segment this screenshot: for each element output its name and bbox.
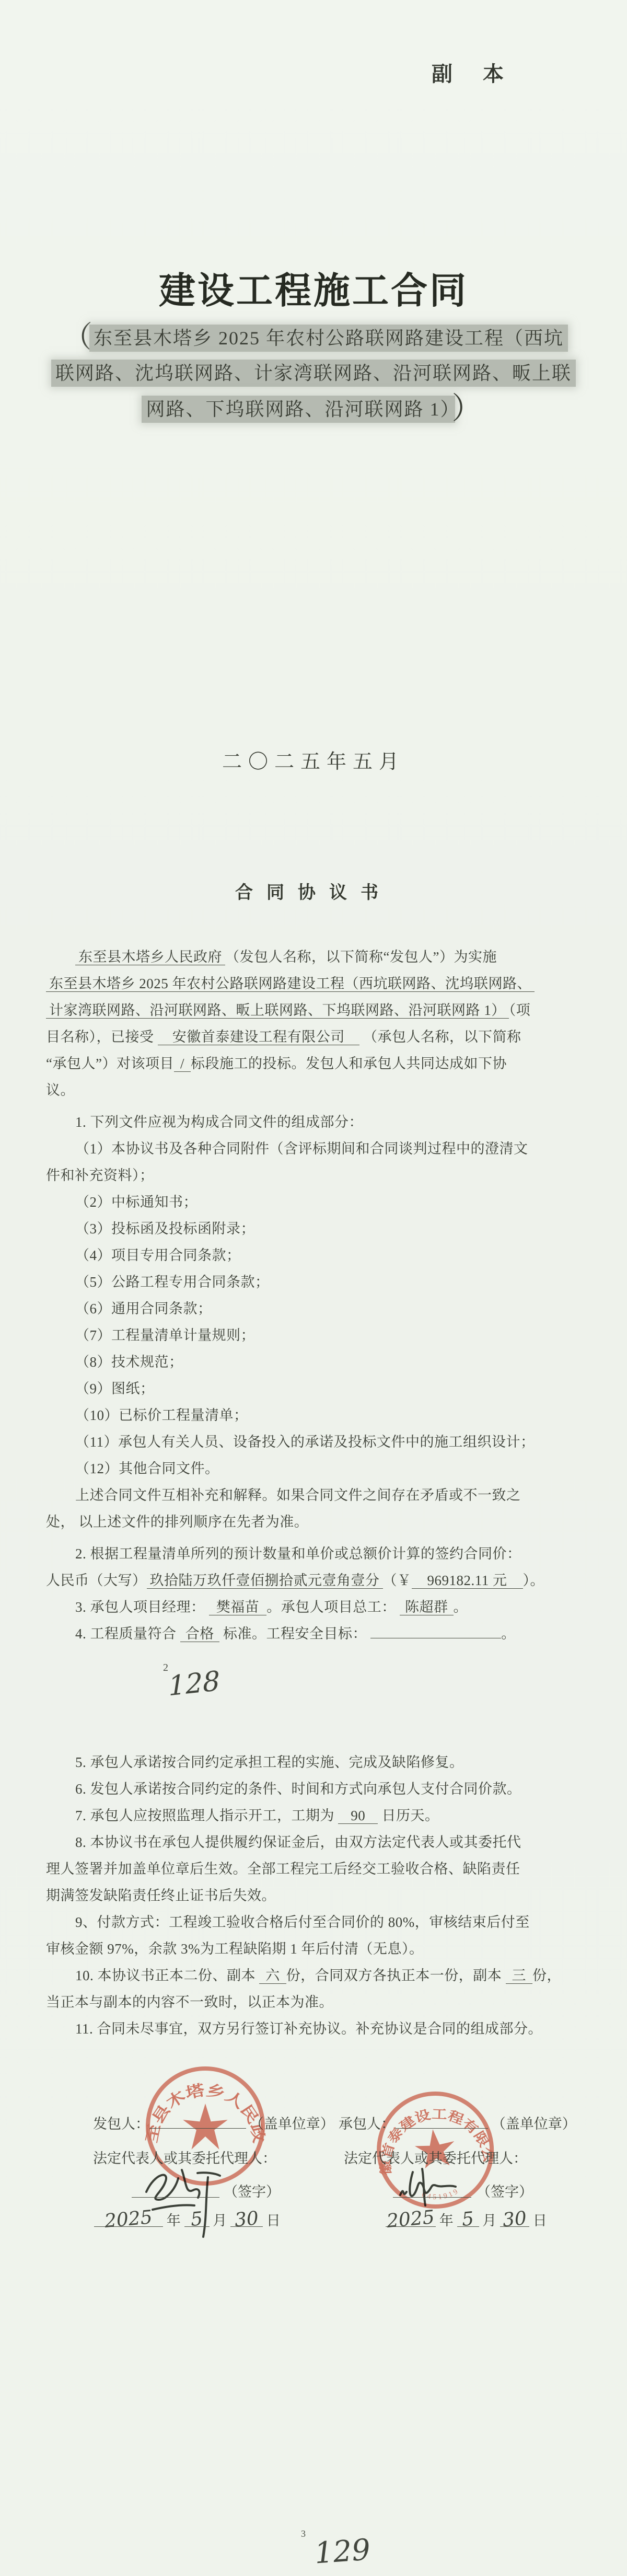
contractor-date-month: 5 (461, 2208, 474, 2231)
para1-line5-rest: 标段施工的投标。发包人和承包人共同达成如下协 (191, 1056, 507, 1071)
subtitle-text-3: 网路、下坞联网路、沿河联网路 1） (145, 399, 451, 420)
contractor-seal-blank (395, 2113, 488, 2129)
doc-list-item: （4）项目专用合同条款； (46, 1242, 584, 1269)
copy-label: 副 本 (432, 57, 516, 87)
project-name-line1: 东至县木塔乡 2025 年农村公路联网路建设工程（西坑联网路、沈坞联网路、 (46, 976, 535, 992)
para1-line5: “承包人”）对该项目/标段施工的投标。发包人和承包人共同达成如下协 (46, 1050, 584, 1077)
contractor-date-day: 30 (502, 2208, 527, 2231)
para1-line2: 东至县木塔乡 2025 年农村公路联网路建设工程（西坑联网路、沈坞联网路、 (46, 971, 584, 997)
item8-line2: 理人签署并加盖单位章后生效。全部工程完工后经交工验收合格、缺陷责任 (46, 1856, 584, 1882)
page3-number: 3 (301, 2528, 306, 2539)
employer-sign-note: （签字） (224, 2180, 280, 2201)
doc-list-item: （11）承包人有关人员、设备投入的承诺及投标文件中的施工组织设计； (46, 1429, 584, 1456)
item1-line: 1. 下列文件应视为构成合同文件的组成部分： (46, 1109, 584, 1136)
para1-line3: 计家湾联网路、沿河联网路、畈上联网路、下坞联网路、沿河联网路 1）（项 (46, 997, 584, 1024)
employer-sign-row: 发包人： （盖单位章） (93, 2112, 334, 2133)
item3-line: 3. 承包人项目经理： 樊福苗。承包人项目总工： 陈超群。 (46, 1594, 584, 1621)
item7-end: 日历天。 (382, 1808, 439, 1823)
agreement-body-2: 5. 承包人承诺按合同约定承担工程的实施、完成及缺陷修复。 6. 发包人承诺按合… (46, 1749, 584, 2042)
order-note-line1: 上述合同文件互相补充和解释。如果合同文件之间存在矛盾或不一致之 (46, 1482, 584, 1509)
date-row: 二〇二五年五月 (0, 745, 627, 774)
safety-goal-blank (370, 1622, 501, 1638)
price-in-words: 玖拾陆万玖仟壹佰捌拾贰元壹角壹分 (147, 1573, 383, 1589)
para1-line1-rest: （发包人名称，以下简称“发包人”）为实施 (225, 949, 497, 965)
employer-date-year: 2025 (104, 2207, 154, 2232)
subtitle-line-1: （东至县木塔乡 2025 年农村公路联网路建设工程（西坑 (0, 320, 627, 356)
title-row: 建设工程施工合同 (0, 261, 627, 314)
item2-line2: 人民币（大写）玖拾陆万玖仟壹佰捌拾贰元壹角壹分（￥969182.11 元）。 (46, 1567, 584, 1594)
subtitle-line-2: 联网路、沈坞联网路、计家湾联网路、沿河联网路、畈上联 (0, 356, 627, 391)
doc-list-item: （3）投标函及投标函附录； (46, 1216, 584, 1242)
item4-end: 。 (501, 1626, 516, 1642)
item7-line: 7. 承包人应按照监理人指示开工，工期为 90 日历天。 (46, 1803, 584, 1829)
page-title: 建设工程施工合同 (159, 270, 468, 311)
item11-line: 11. 合同未尽事宜，双方另行签订补充协议。补充协议是合同的组成部分。 (46, 2016, 584, 2042)
page3-handwritten-number: 129 (313, 2533, 371, 2570)
contract-scan-page: 副 本 建设工程施工合同 （东至县木塔乡 2025 年农村公路联网路建设工程（西… (0, 0, 627, 2576)
doc-list-item: （2）中标通知书； (46, 1189, 584, 1216)
subtitle-line-3: 网路、下坞联网路、沿河联网路 1）） (0, 391, 627, 427)
contractor-label: 承包人： (339, 2116, 395, 2132)
item10-end: 份， (532, 1968, 561, 1983)
day-char: 日 (266, 2213, 281, 2228)
employer-seal-note: （盖单位章） (250, 2116, 334, 2132)
doc-list-item: （7）工程量清单计量规则； (46, 1322, 584, 1349)
copies-label-1: 10. 本协议书正本二份、副本 (75, 1968, 256, 1983)
price-end: ）。 (523, 1573, 545, 1588)
price-mid: （￥ (383, 1573, 412, 1588)
doc-list-item: （8）技术规范； (46, 1349, 584, 1376)
duration-days-value: 90 (338, 1808, 378, 1824)
employer-signature-line (132, 2182, 219, 2198)
contractor-date-year: 2025 (386, 2207, 436, 2232)
contractor-date-row: 2025 年 5 月 30 日 (386, 2209, 547, 2230)
price-label: 人民币（大写） (46, 1573, 147, 1588)
duration-label: 7. 承包人应按照监理人指示开工，工期为 (75, 1808, 334, 1823)
employer-seal-blank (149, 2113, 246, 2129)
item8-line3: 期满签发缺陷责任终止证书后失效。 (46, 1882, 584, 1909)
contractor-sign-note: （签字） (477, 2180, 533, 2201)
month-char: 月 (213, 2213, 227, 2228)
contractor-signature-line (393, 2182, 471, 2198)
item8-line1: 8. 本协议书在承包人提供履约保证金后，由双方法定代表人或其委托代 (46, 1829, 584, 1856)
subtitle-block: （东至县木塔乡 2025 年农村公路联网路建设工程（西坑 联网路、沈坞联网路、计… (0, 320, 627, 427)
subtitle-open-paren: （ (62, 320, 92, 354)
item5-line: 5. 承包人承诺按合同约定承担工程的实施、完成及缺陷修复。 (46, 1749, 584, 1776)
para1-line4: 目名称），已接受 安徽首泰建设工程有限公司 （承包人名称，以下简称 (46, 1024, 584, 1050)
copies-label-2: 份，合同双方各执正本一份，副本 (286, 1968, 502, 1983)
item6-line: 6. 发包人承诺按合同约定的条件、时间和方式向承包人支付合同价款。 (46, 1776, 584, 1803)
doc-list-item: （10）已标价工程量清单； (46, 1402, 584, 1429)
quality-standard-value: 合格 (180, 1626, 219, 1642)
para1-line4-rest: （承包人名称，以下简称 (363, 1029, 521, 1045)
subtitle-text-1: 东至县木塔乡 2025 年农村公路联网路建设工程（西坑 (92, 328, 565, 349)
project-name-line2: 计家湾联网路、沿河联网路、畈上联网路、下坞联网路、沿河联网路 1） (46, 1002, 509, 1019)
doc-list-item: （12）其他合同文件。 (46, 1456, 584, 1482)
chief-engineer-name: 陈超群 (400, 1599, 454, 1615)
item9-line2: 审核金额 97%，余款 3%为工程缺陷期 1 年后付清（无息）。 (46, 1936, 584, 1962)
contractor-sign-row: 承包人： （盖单位章） (339, 2112, 576, 2133)
subtitle-text-2: 联网路、沈坞联网路、计家湾联网路、沿河联网路、畈上联 (54, 363, 573, 384)
contractor-name: 安徽首泰建设工程有限公司 (158, 1029, 359, 1045)
para1-line4-pre: 目名称），已接受 (46, 1029, 154, 1045)
agreement-body-1: 东至县木塔乡人民政府（发包人名称，以下简称“发包人”）为实施 东至县木塔乡 20… (46, 944, 584, 1647)
employer-date-day: 30 (234, 2208, 259, 2231)
doc-list-item: （5）公路工程专用合同条款； (46, 1269, 584, 1296)
quality-label: 4. 工程质量符合 (75, 1626, 177, 1642)
employer-date-row: 2025 年 5 月 30 日 (94, 2209, 281, 2230)
item3-end: 。 (454, 1599, 468, 1615)
item2-line1: 2. 根据工程量清单所列的预计数量和单价或总额价计算的签约合同价： (46, 1541, 584, 1567)
project-manager-name: 樊福苗 (209, 1599, 267, 1615)
item9-line1: 9、付款方式：工程竣工验收合格后付至合同价的 80%，审核结束后付至 (46, 1909, 584, 1936)
ce-label: 。承包人项目总工： (266, 1599, 396, 1615)
duplicate-copies-value: 六 (259, 1968, 286, 1984)
price-in-figures: 969182.11 元 (412, 1573, 523, 1589)
page2-handwritten-number: 128 (168, 1666, 220, 1702)
year-char: 年 (167, 2213, 181, 2228)
safety-goal-label: 标准。工程安全目标： (223, 1626, 367, 1642)
employer-label: 发包人： (93, 2116, 149, 2132)
item4-line: 4. 工程质量符合 合格 标准。工程安全目标： 。 (46, 1621, 584, 1647)
document-date: 二〇二五年五月 (222, 751, 405, 773)
each-copies-value: 三 (506, 1968, 533, 1984)
para1-line5-pre: “承包人”）对该项目 (46, 1056, 174, 1071)
month-char: 月 (482, 2213, 496, 2228)
doc-list-item: 件和补充资料）； (46, 1162, 584, 1189)
day-char: 日 (533, 2213, 547, 2228)
doc-list-item: （6）通用合同条款； (46, 1296, 584, 1322)
section-heading-row: 合同协议书 (0, 878, 627, 904)
pm-label: 3. 承包人项目经理： (75, 1599, 205, 1615)
year-char: 年 (439, 2213, 454, 2228)
order-note-line2: 处， 以上述文件的排列顺序在先者为准。 (46, 1509, 584, 1535)
para1-line1: 东至县木塔乡人民政府（发包人名称，以下简称“发包人”）为实施 (46, 944, 584, 971)
item10-line1: 10. 本协议书正本二份、副本 六份，合同双方各执正本一份，副本 三份， (46, 1962, 584, 1989)
subtitle-close-paren: ） (452, 391, 482, 425)
item10-line2: 当正本与副本的内容不一致时，以正本为准。 (46, 1989, 584, 2016)
section-heading: 合同协议书 (235, 883, 392, 903)
doc-list-item: （9）图纸； (46, 1376, 584, 1402)
doc-list-item: （1）本协议书及各种合同附件（含评标期间和合同谈判过程中的澄清文 (46, 1136, 584, 1162)
para1-line6: 议。 (46, 1077, 584, 1104)
employer-date-month: 5 (190, 2208, 203, 2231)
para1-line3-rest: （项 (509, 1002, 531, 1018)
bid-section-value: / (174, 1056, 191, 1072)
contractor-seal-note: （盖单位章） (492, 2116, 576, 2132)
employer-name: 东至县木塔乡人民政府 (75, 949, 225, 965)
